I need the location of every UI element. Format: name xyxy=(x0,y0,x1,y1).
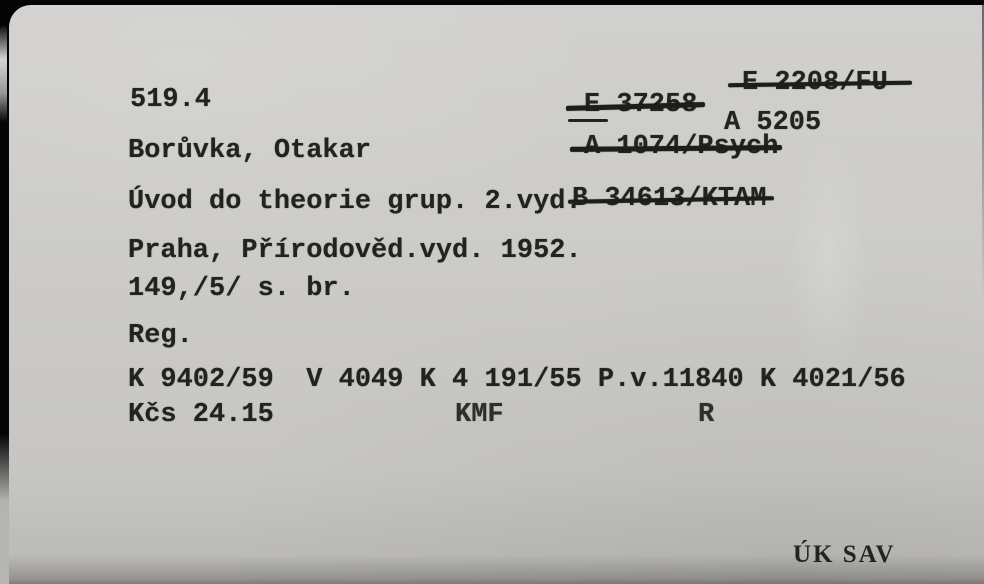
author-line: Borůvka, Otakar xyxy=(128,138,371,165)
imprint-line: Praha, Přírodověd.vyd. 1952. xyxy=(128,238,582,265)
classification-number: 519.4 xyxy=(130,87,211,114)
title-line: Úvod do theorie grup. 2.vyd. xyxy=(128,189,582,216)
scan-edge-left-fade xyxy=(0,434,9,584)
cancelled-shelfmark-fu: E 2208/FU xyxy=(742,70,888,97)
collation-line: 149,/5/ s. br. xyxy=(128,276,355,303)
cancelled-shelfmark-e: E 37258 xyxy=(584,92,697,119)
register-note: Reg. xyxy=(128,323,193,350)
cancelled-shelfmark-psych: A 1074/Psych xyxy=(584,134,778,161)
kmf-mark: KMF xyxy=(455,402,504,429)
accession-numbers-line: K 9402/59 V 4049 K 4 191/55 P.v.11840 K … xyxy=(128,367,906,394)
scanned-catalog-card: 519.4 E 2208/FU E 37258 A 5205 Borůvka, … xyxy=(0,0,984,584)
r-mark: R xyxy=(698,402,714,429)
card-corner-highlight xyxy=(0,26,7,122)
price-note: Kčs 24.15 xyxy=(128,402,274,429)
cancelled-shelfmark-ktam: B 34613/KTAM xyxy=(572,186,766,213)
library-stamp: ÚK SAV xyxy=(793,541,896,569)
